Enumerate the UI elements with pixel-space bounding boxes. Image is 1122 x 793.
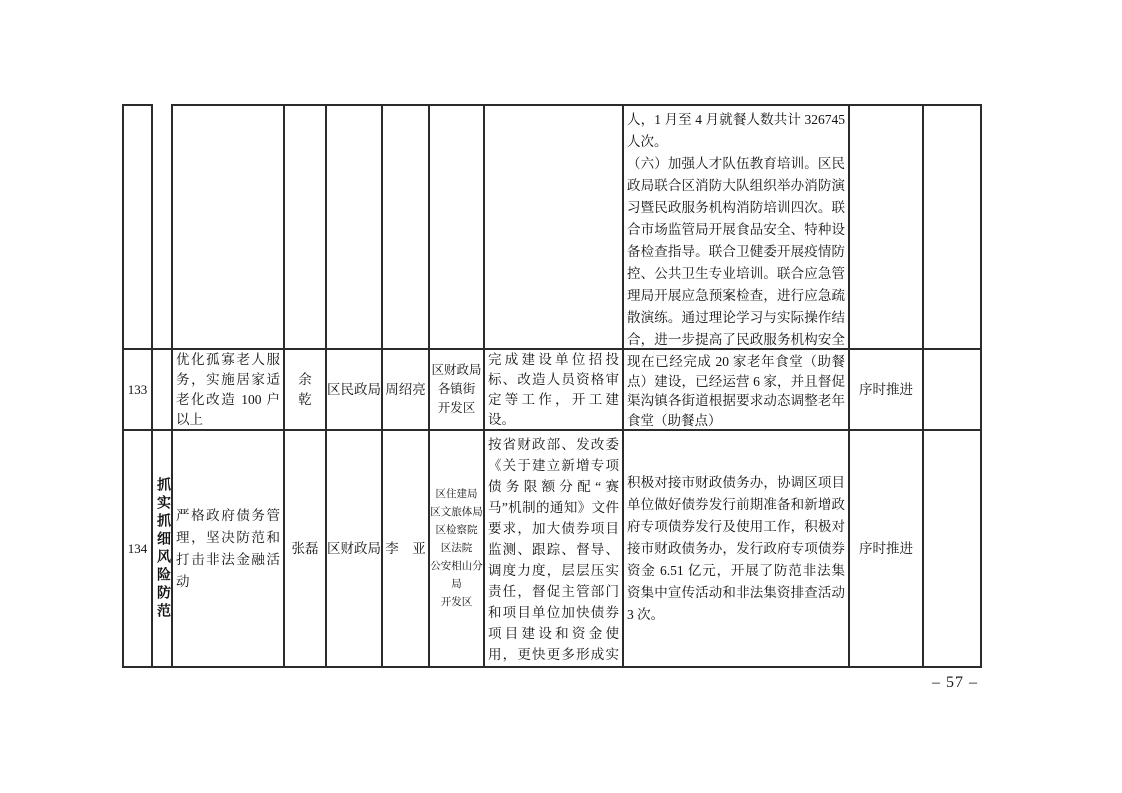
cont-lead-department-cell bbox=[327, 104, 383, 350]
row-134-category-cell: 抓实抓细风险防范 bbox=[153, 431, 173, 668]
row-133-remark-cell bbox=[924, 350, 982, 431]
row-133-measures-cell: 完成建设单位招投标、改造人员资格审定等工作，开工建设。 bbox=[485, 350, 624, 431]
cont-task-cell bbox=[173, 104, 285, 350]
row-134-progress-cell: 积极对接市财政债务办，协调区项目单位做好债券发行前期准备和新增政府专项债券发行及… bbox=[624, 431, 850, 668]
cont-progress-text: 人，1 月至 4 月就餐人数共计 326745 人次。 （六）加强人才队伍教育培… bbox=[627, 109, 845, 350]
lead-department-name: 区财政局 bbox=[327, 539, 381, 559]
row-134-status-cell: 序时推进 bbox=[850, 431, 924, 668]
row-134-leader-cell: 张磊 bbox=[285, 431, 327, 668]
measures-text: 完成建设单位招投标、改造人员资格审定等工作，开工建设。 bbox=[488, 350, 619, 430]
task-text: 优化孤寡老人服务，实施居家适老化改造 100 户以上 bbox=[176, 350, 280, 430]
page-number: – 57 – bbox=[895, 674, 1015, 692]
cont-leader-cell bbox=[285, 104, 327, 350]
cooperating-units-text: 区住建局 区文旅体局 区检察院 区法院 公安相山分局 开发区 bbox=[430, 486, 483, 612]
row-134-remark-cell bbox=[924, 431, 982, 668]
row-133-cooperating-units-cell: 区财政局 各镇街 开发区 bbox=[430, 350, 485, 431]
task-progress-table: 人，1 月至 4 月就餐人数共计 326745 人次。 （六）加强人才队伍教育培… bbox=[122, 104, 980, 668]
row-134-lead-department-cell: 区财政局 bbox=[327, 431, 383, 668]
cont-status-cell bbox=[850, 104, 924, 350]
status-text: 序时推进 bbox=[859, 539, 913, 559]
status-text: 序时推进 bbox=[859, 380, 913, 400]
cont-remark-cell bbox=[924, 104, 982, 350]
cont-measures-cell bbox=[485, 104, 624, 350]
leader-name: 余 乾 bbox=[298, 370, 312, 410]
progress-text: 积极对接市财政债务办，协调区项目单位做好债券发行前期准备和新增政府专项债券发行及… bbox=[627, 472, 845, 626]
task-text: 严格政府债务管理，坚决防范和打击非法金融活动 bbox=[176, 505, 280, 593]
category-text: 抓实抓细风险防范 bbox=[153, 477, 171, 621]
row-133-progress-cell: 现在已经完成 20 家老年食堂（助餐点）建设，已经运营 6 家，并且督促渠沟镇各… bbox=[624, 350, 850, 431]
row-number: 134 bbox=[128, 539, 148, 559]
row-134-cooperating-units-cell: 区住建局 区文旅体局 区检察院 区法院 公安相山分局 开发区 bbox=[430, 431, 485, 668]
row-133-leader-cell: 余 乾 bbox=[285, 350, 327, 431]
row-133-number-cell: 133 bbox=[124, 350, 153, 431]
row-134-responsible-person-cell: 李 亚 bbox=[383, 431, 430, 668]
responsible-person-name: 李 亚 bbox=[385, 539, 426, 559]
row-134-number-cell: 134 bbox=[124, 431, 153, 668]
cont-cooperating-units-cell bbox=[430, 104, 485, 350]
cont-number-cell bbox=[124, 104, 153, 350]
cont-category-cell bbox=[153, 104, 173, 350]
row-133-task-cell: 优化孤寡老人服务，实施居家适老化改造 100 户以上 bbox=[173, 350, 285, 431]
row-133-category-cell bbox=[153, 350, 173, 431]
row-133-status-cell: 序时推进 bbox=[850, 350, 924, 431]
row-134-measures-cell: 按省财政部、发改委《关于建立新增专项债务限额分配“赛马”机制的通知》文件要求，加… bbox=[485, 431, 624, 668]
row-133-lead-department-cell: 区民政局 bbox=[327, 350, 383, 431]
leader-name: 张磊 bbox=[292, 539, 319, 559]
lead-department-name: 区民政局 bbox=[327, 380, 381, 400]
row-number: 133 bbox=[128, 380, 148, 400]
progress-text: 现在已经完成 20 家老年食堂（助餐点）建设，已经运营 6 家，并且督促渠沟镇各… bbox=[627, 352, 845, 430]
row-134-task-cell: 严格政府债务管理，坚决防范和打击非法金融活动 bbox=[173, 431, 285, 668]
cont-progress-cell: 人，1 月至 4 月就餐人数共计 326745 人次。 （六）加强人才队伍教育培… bbox=[624, 104, 850, 350]
cont-responsible-person-cell bbox=[383, 104, 430, 350]
row-133-responsible-person-cell: 周绍亮 bbox=[383, 350, 430, 431]
measures-text: 按省财政部、发改委《关于建立新增专项债务限额分配“赛马”机制的通知》文件要求，加… bbox=[488, 434, 619, 668]
responsible-person-name: 周绍亮 bbox=[385, 380, 426, 400]
cooperating-units-text: 区财政局 各镇街 开发区 bbox=[431, 361, 481, 418]
